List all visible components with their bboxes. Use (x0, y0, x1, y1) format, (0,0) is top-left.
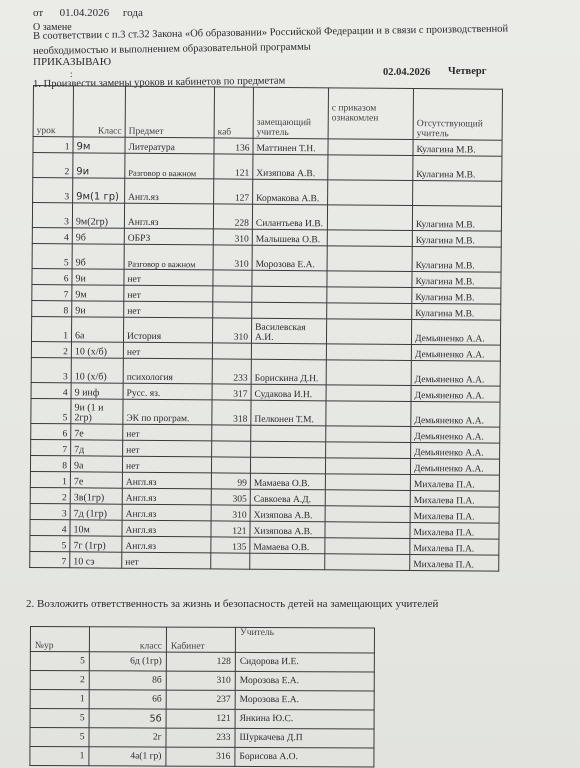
lesson-cell: 7 (30, 551, 70, 567)
lesson-cell: 4 (30, 519, 70, 535)
absent-teacher-cell: Кулагина М.В. (412, 230, 501, 247)
acknowledged-cell (327, 246, 412, 272)
subject-cell: нет (122, 552, 211, 569)
class-cell: 9и (72, 301, 124, 317)
absent-teacher-cell: Демьяненко А.А. (411, 344, 500, 361)
class-cell: 4а(1 гр) (89, 747, 166, 766)
col-subject: Предмет (125, 86, 214, 138)
absent-teacher-cell: Демьяненко А.А. (410, 458, 499, 475)
substitute-cell: Хизяпова А.В. (253, 154, 328, 180)
table-row: 55б121Янкина Ю.С. (30, 709, 374, 730)
absent-teacher-cell: Кулагина М.В. (412, 271, 501, 288)
room-cell: 99 (211, 473, 250, 489)
subject-cell: Литература (125, 137, 214, 154)
substitute-cell: Мамаева О.В. (250, 473, 325, 490)
room-cell: 228 (213, 204, 252, 229)
room-cell: 128 (166, 652, 235, 671)
class-cell: 10 (х/б) (71, 358, 123, 383)
room-cell: 305 (211, 489, 250, 505)
table-row: 310 (х/б)психология233Борискина Д.Н.Демь… (31, 357, 500, 386)
class-cell: 9а (70, 456, 122, 472)
lesson-cell: 2 (33, 153, 73, 178)
subject-cell: нет (124, 301, 213, 318)
subject-cell: нет (124, 269, 213, 286)
table-row: 710 сэнетМихалева П.А. (30, 551, 499, 571)
table-row: 39м(1 гр)Англ.яз127Кормакова А.В. (33, 178, 502, 207)
room-cell: 135 (211, 537, 250, 553)
lesson-cell: 1 (30, 690, 89, 709)
acknowledged-cell (325, 458, 410, 475)
table-row: 59бРазговор о важном310Морозова Е.А.Кула… (32, 243, 501, 272)
acknowledged-cell (325, 522, 410, 539)
preamble-line-1: В соответствии с п.3 ст.32 Закона «Об об… (33, 24, 508, 43)
class-cell: 3в(1гр) (70, 488, 122, 504)
room-cell: 310 (213, 245, 252, 270)
table-row: 29иРазговор о важном121Хизяпова А.В.Кула… (33, 153, 502, 182)
subject-cell: Разговор о важном (124, 244, 213, 270)
room-cell: 127 (214, 179, 253, 204)
class-cell: 7д (1гр) (70, 504, 122, 520)
subject-cell: нет (122, 456, 211, 473)
class-cell: 9и (72, 269, 124, 285)
substitute-cell: Мамаева О.В. (250, 537, 325, 554)
acknowledged-cell (325, 538, 410, 555)
class-cell: 9м (73, 137, 125, 153)
room-cell (213, 286, 252, 302)
class-cell: 10 сэ (70, 552, 122, 568)
room-cell: 121 (211, 521, 250, 537)
room-cell (212, 441, 251, 457)
substitute-cell (252, 286, 327, 303)
absent-teacher-cell: Демьяненко А.А. (411, 385, 500, 402)
room-cell: 121 (166, 709, 235, 728)
responsibility-table-header: №ур класс Кабинет Учитель (30, 627, 374, 654)
lesson-cell: 1 (33, 137, 73, 153)
lesson-cell: 3 (31, 357, 71, 382)
table-row: 16б237Морозова Е.А. (30, 690, 374, 711)
order-date: 01.04.2026 (60, 7, 110, 19)
subject-cell: нет (123, 342, 212, 359)
replacement-table: урок Класс Предмет каб замещающий учител… (29, 85, 503, 572)
lesson-cell: 5 (30, 728, 89, 747)
subject-cell: ОБРЗ (124, 228, 213, 245)
absent-teacher-cell: Кулагина М.В. (412, 303, 501, 320)
acknowledged-cell (325, 554, 410, 571)
lesson-cell: 5 (32, 243, 72, 268)
acknowledged-cell (326, 360, 411, 386)
class-cell: 9м (72, 285, 124, 301)
lesson-cell: 3 (30, 503, 70, 519)
subject-cell: История (123, 317, 212, 343)
lesson-cell: 2 (31, 341, 71, 357)
room-cell (211, 553, 250, 569)
responsibility-table: №ур класс Кабинет Учитель 56д (1гр)128Си… (29, 626, 375, 768)
absent-teacher-cell: Демьяненко А.А. (411, 426, 500, 443)
substitute-cell: Хизяпова А.В. (250, 521, 325, 538)
substitute-cell: Борискина Д.Н. (251, 359, 326, 385)
lesson-cell: 2 (30, 671, 89, 690)
room-cell: 310 (212, 318, 251, 343)
lesson-cell: 6 (32, 268, 72, 284)
class-cell: 7е (70, 472, 122, 488)
absent-teacher-cell: Кулагина М.В. (412, 205, 501, 231)
room-cell: 136 (214, 138, 253, 154)
table-row: 16аИстория310Василевская А.И.Демьяненко … (31, 316, 500, 345)
subject-cell: Англ.яз (122, 472, 211, 489)
acknowledged-cell (327, 303, 412, 320)
absent-teacher-cell: Михалева П.А. (410, 554, 499, 571)
subject-cell: нет (123, 424, 212, 441)
lesson-cell: 5 (30, 709, 89, 728)
substitute-cell: Судакова И.Н. (251, 384, 326, 401)
substitute-cell (252, 302, 327, 319)
room-cell: 237 (166, 690, 235, 709)
lesson-cell: 5 (31, 398, 71, 423)
subject-cell: Англ.яз (125, 178, 214, 204)
room-cell: 317 (212, 384, 251, 400)
class-cell: 9м(2гр) (72, 203, 124, 228)
room-cell: 310 (213, 229, 252, 245)
subject-cell: Разговор о важном (125, 153, 214, 179)
lesson-cell: 8 (32, 300, 72, 316)
subject-cell: Англ.яз (122, 504, 211, 521)
class-cell: 9и (1 и 2гр) (71, 399, 123, 424)
teacher-cell: Сидорова И.Е. (235, 652, 374, 672)
lesson-cell: 8 (30, 455, 70, 471)
absent-teacher-cell: Кулагина М.В. (412, 287, 501, 304)
room-cell: 233 (166, 728, 235, 747)
acknowledged-cell (327, 271, 412, 288)
weekday: Четверг (448, 66, 486, 78)
absent-teacher-cell: Демьяненко А.А. (411, 401, 500, 427)
acknowledged-cell (325, 506, 410, 523)
class-cell: 8б (89, 671, 166, 690)
lesson-cell: 1 (31, 316, 71, 341)
room-cell: 318 (212, 400, 251, 425)
lesson-cell: 7 (32, 284, 72, 300)
col-lesson: урок (33, 86, 73, 137)
table-row: 39м(2гр)Англ.яз228Силантьева И.В.Кулагин… (32, 203, 501, 232)
acknowledged-cell (328, 139, 413, 156)
absent-teacher-cell: Михалева П.А. (410, 506, 499, 523)
subject-cell: Англ.яз (122, 488, 211, 505)
col-absent: Отсутствующий учитель (413, 88, 502, 140)
lesson-cell: 1 (30, 471, 70, 487)
class-cell: 6б (89, 690, 166, 709)
lesson-cell: 5 (30, 535, 70, 551)
class-cell: 6д (1гр) (89, 652, 166, 671)
absent-teacher-cell: Кулагина М.В. (412, 246, 501, 272)
class-cell: 9б (72, 228, 124, 244)
col-room: каб (214, 87, 253, 138)
substitute-cell (251, 441, 326, 458)
lesson-cell: 4 (32, 227, 72, 243)
subject-cell: психология (123, 358, 212, 384)
col-teacher: Учитель (235, 627, 374, 653)
col-class: Класс (73, 86, 125, 137)
class-cell: 9 инф (71, 383, 123, 399)
absent-teacher-cell: Демьяненко А.А. (411, 319, 500, 345)
substitute-cell (250, 457, 325, 474)
room-cell: 316 (166, 747, 235, 766)
subject-cell: ЭК по програм. (123, 399, 212, 425)
substitute-cell: Пелконен Т.М. (251, 400, 326, 426)
class-cell: 5б (89, 709, 166, 728)
class-cell: 10 (х/б) (71, 342, 123, 358)
lesson-cell: 3 (33, 178, 73, 203)
replacement-date: 02.04.2026 (383, 67, 430, 79)
class-cell: 9б (72, 244, 124, 269)
room-cell (211, 457, 250, 473)
acknowledged-cell (326, 344, 411, 361)
room-cell (212, 343, 251, 359)
col-room: Кабинет (166, 627, 235, 652)
substitute-cell (251, 425, 326, 442)
substitute-cell: Маттинен Т.Н. (253, 138, 328, 155)
acknowledged-cell (327, 287, 412, 304)
substitute-cell: Хизяпова А.В. (250, 505, 325, 522)
teacher-cell: Шуркачева Д.П (235, 728, 374, 748)
subject-cell: нет (124, 285, 213, 302)
order-document: от 01.04.2026 года О замене В соответств… (0, 0, 580, 768)
acknowledged-cell (326, 385, 411, 402)
room-cell (213, 302, 252, 318)
teacher-cell: Морозова Е.А. (235, 690, 374, 710)
section2-title: 2. Возложить ответственность за жизнь и … (26, 598, 438, 610)
absent-teacher-cell: Кулагина М.В. (413, 139, 502, 156)
col-acknowledged: с приказом ознакомлен (328, 88, 413, 140)
subject-cell: Англ.яз (122, 536, 211, 553)
substitute-cell: Морозова Е.А. (252, 245, 327, 271)
absent-teacher-cell: Михалева П.А. (410, 522, 499, 539)
col-lesson-no: №ур (30, 627, 89, 652)
table-row: 52г233Шуркачева Д.П (30, 728, 374, 749)
subject-cell: нет (123, 440, 212, 457)
subject-cell: Русс. яз. (123, 383, 212, 400)
table-row: 56д (1гр)128Сидорова И.Е. (30, 652, 374, 673)
substitute-cell (251, 343, 326, 360)
teacher-cell: Борисова А.О. (235, 747, 374, 767)
substitute-cell: Силантьева И.В. (252, 204, 327, 230)
table-row: 28б310Морозова Е.А. (30, 671, 374, 692)
absent-teacher-cell: Демьяненко А.А. (411, 442, 500, 459)
col-substitute: замещающий учитель (253, 87, 328, 139)
lesson-cell: 4 (31, 382, 71, 398)
class-cell: 9м(1 гр) (73, 178, 125, 203)
replacement-table-header: урок Класс Предмет каб замещающий учител… (33, 86, 502, 141)
room-cell: 310 (211, 505, 250, 521)
room-cell: 121 (214, 154, 253, 179)
subject-cell: Англ.яз (124, 203, 213, 229)
absent-teacher-cell: Демьяненко А.А. (411, 360, 500, 386)
class-cell: 7г (1гр) (70, 536, 122, 552)
table-row: 14а(1 гр)316Борисова А.О. (30, 747, 374, 768)
teacher-cell: Морозова Е.А. (235, 671, 374, 691)
acknowledged-cell (325, 474, 410, 491)
lesson-cell: 3 (32, 203, 72, 228)
lesson-cell: 2 (30, 487, 70, 503)
from-label: от (33, 7, 43, 19)
lesson-cell: 7 (31, 439, 71, 455)
acknowledged-cell (327, 205, 412, 231)
class-cell: 2г (89, 728, 166, 747)
substitute-cell: Савкоева А.Д. (250, 489, 325, 506)
acknowledged-cell (326, 319, 411, 345)
absent-teacher-cell: Михалева П.А. (410, 474, 499, 491)
lesson-cell: 5 (30, 652, 89, 671)
acknowledged-cell (325, 490, 410, 507)
room-cell: 233 (212, 359, 251, 384)
absent-teacher-cell (413, 180, 502, 206)
substitute-cell (250, 553, 325, 570)
absent-teacher-cell: Кулагина М.В. (413, 155, 502, 181)
substitute-cell (252, 270, 327, 287)
col-class: класс (89, 627, 166, 652)
absent-teacher-cell: Михалева П.А. (410, 490, 499, 507)
class-cell: 10м (70, 520, 122, 536)
class-cell: 7д (71, 440, 123, 456)
acknowledged-cell (328, 155, 413, 181)
year-word: года (123, 7, 143, 19)
class-cell: 9и (73, 153, 125, 178)
subject-cell: Англ.яз (122, 520, 211, 537)
lesson-cell: 1 (30, 747, 89, 766)
room-cell (212, 425, 251, 441)
class-cell: 7е (71, 424, 123, 440)
acknowledged-cell (328, 180, 413, 206)
acknowledged-cell (326, 401, 411, 427)
room-cell (213, 270, 252, 286)
teacher-cell: Янкина Ю.С. (235, 709, 374, 729)
table-row: 59и (1 и 2гр)ЭК по програм.318Пелконен Т… (31, 398, 500, 427)
room-cell: 310 (166, 671, 235, 690)
class-cell: 6а (71, 317, 123, 342)
acknowledged-cell (326, 442, 411, 459)
acknowledged-cell (327, 230, 412, 247)
order-word: ПРИКАЗЫВАЮ (33, 56, 111, 68)
lesson-cell: 6 (31, 423, 71, 439)
acknowledged-cell (326, 426, 411, 443)
absent-teacher-cell: Михалева П.А. (410, 538, 499, 555)
order-date-line: от 01.04.2026 года (33, 7, 143, 19)
substitute-cell: Кормакова А.В. (253, 179, 328, 205)
substitute-cell: Василевская А.И. (251, 318, 326, 344)
substitute-cell: Малышева О.В. (252, 229, 327, 246)
